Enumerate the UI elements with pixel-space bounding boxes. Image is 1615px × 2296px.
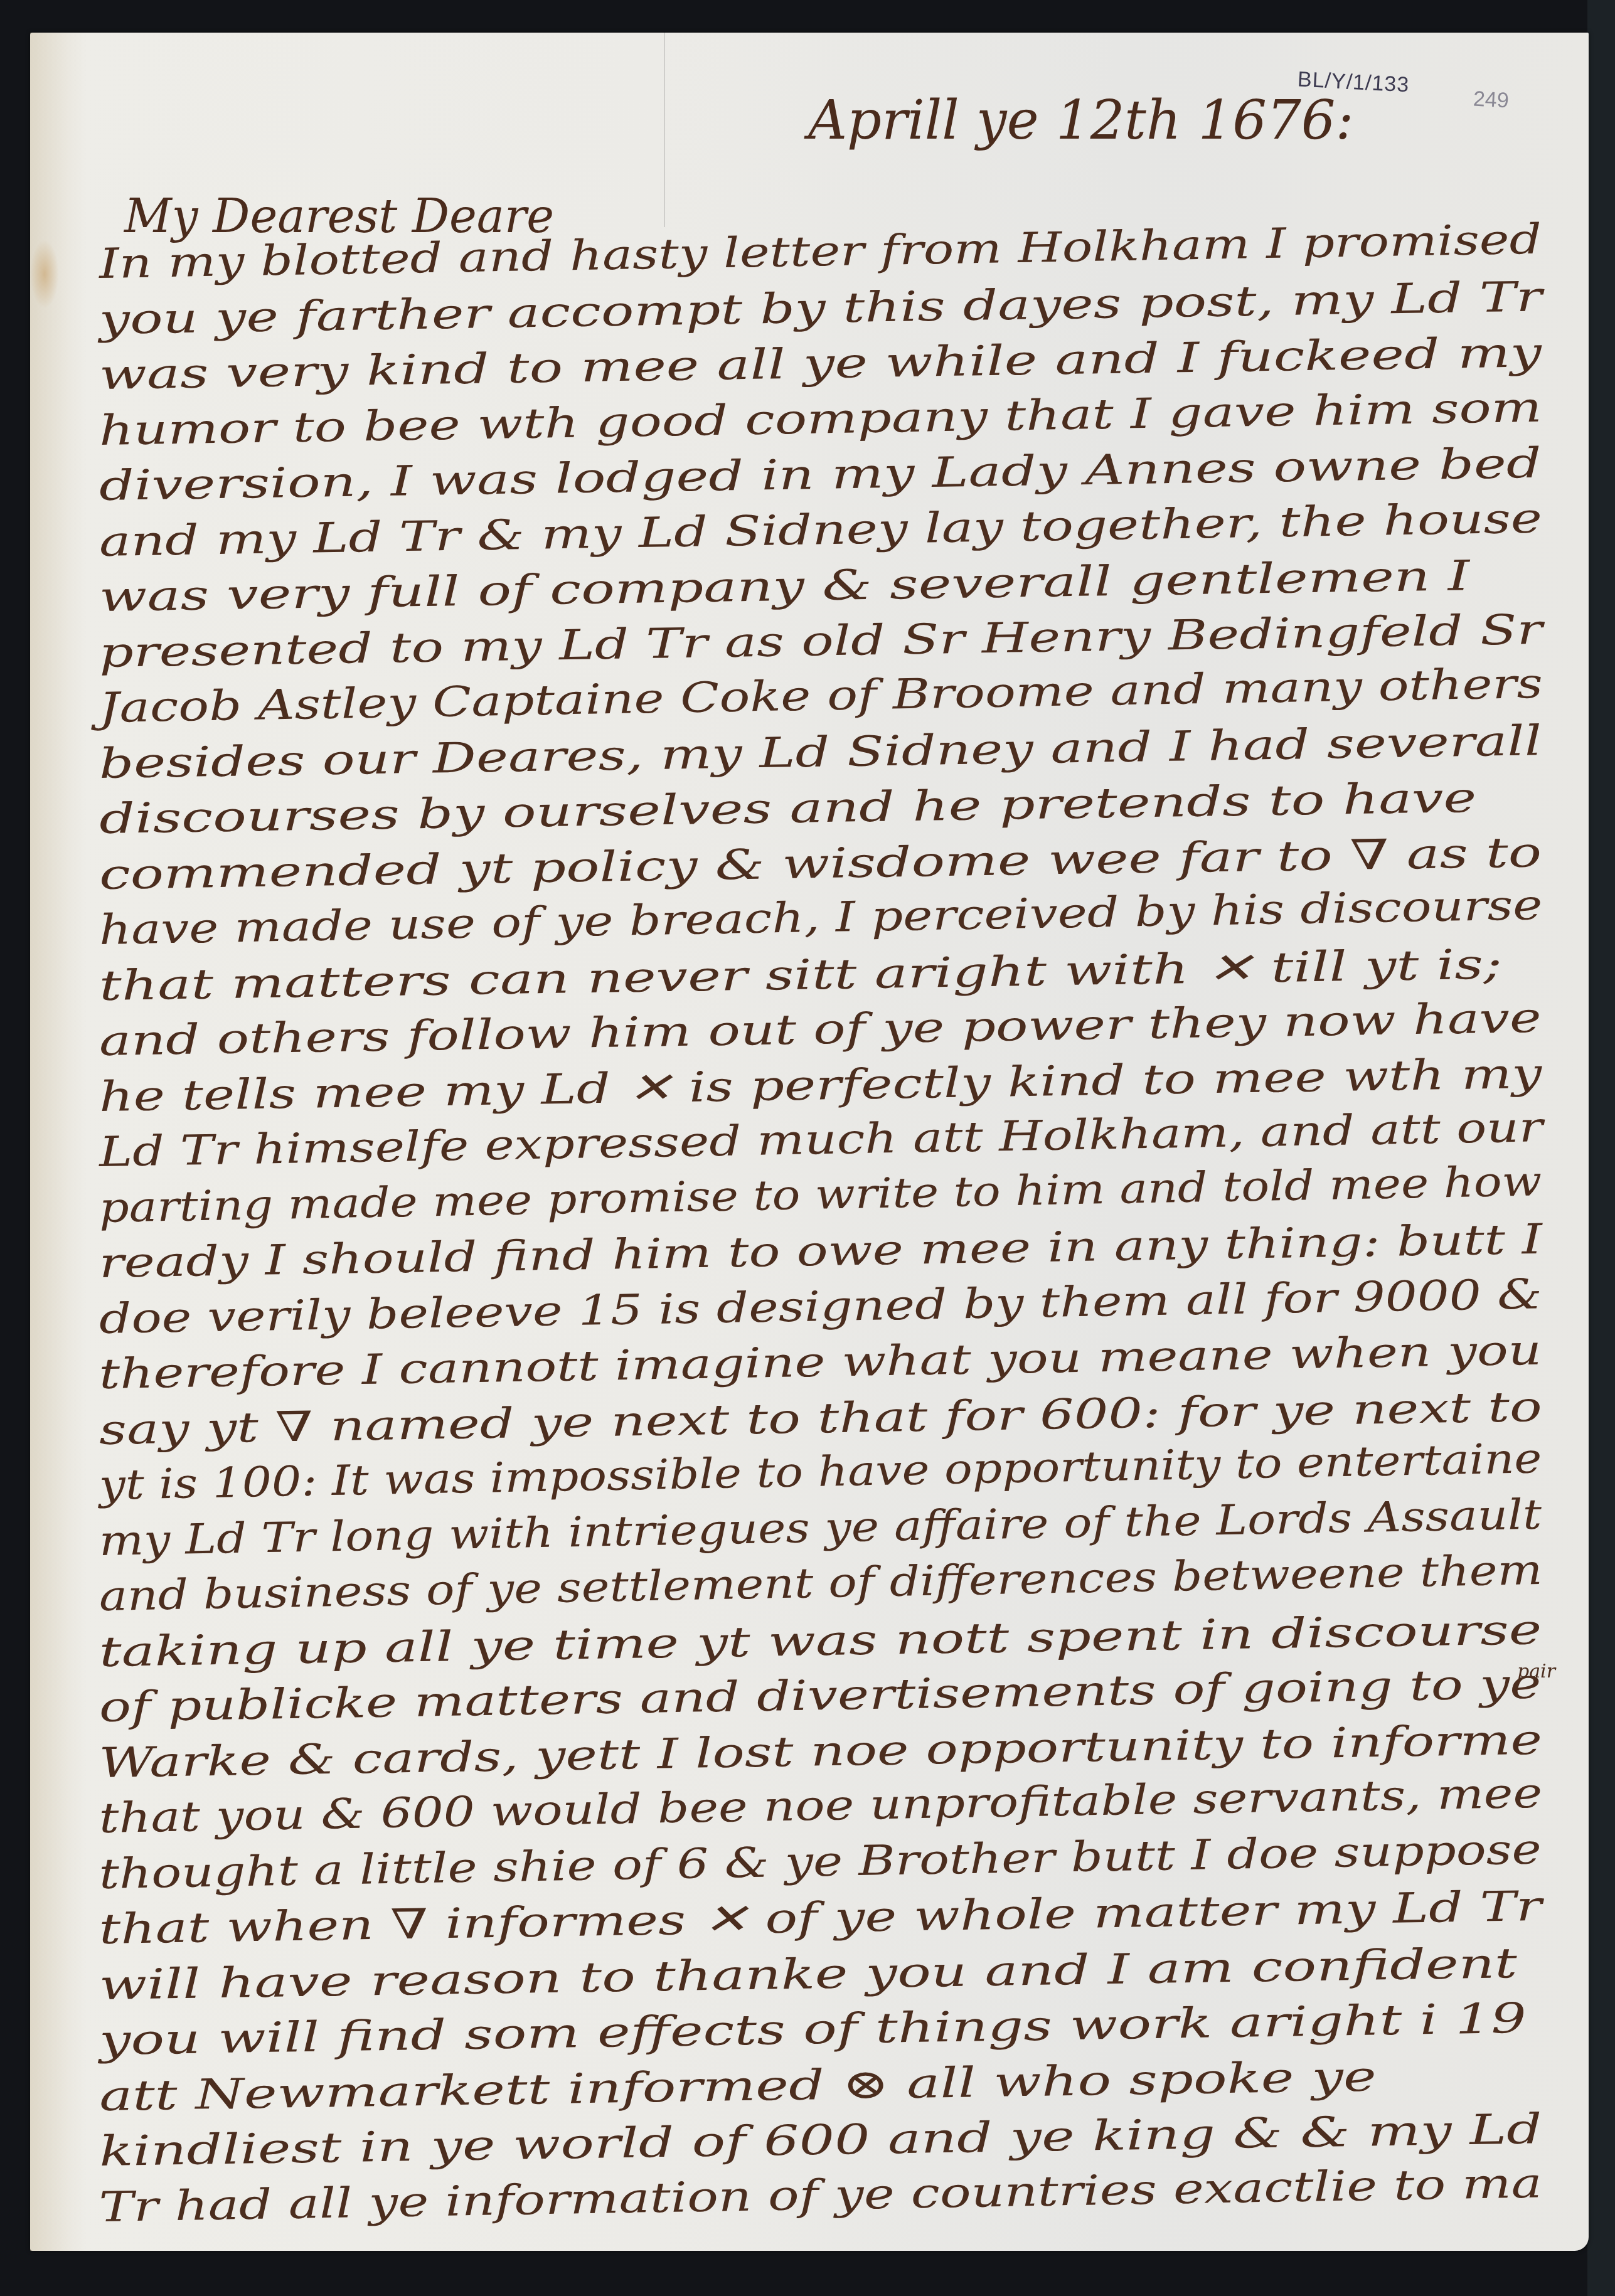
mount-edge <box>1587 0 1615 2296</box>
paper-crease <box>664 33 665 227</box>
manuscript-page: Aprill ye 12th 1676: BL/Y/1/133 249 My D… <box>30 33 1589 2251</box>
marginal-note: pair <box>1517 1661 1555 1682</box>
folio-number: 249 <box>1473 87 1510 114</box>
paper-stain <box>30 240 59 309</box>
letter-date: Aprill ye 12th 1676: <box>808 89 1354 152</box>
